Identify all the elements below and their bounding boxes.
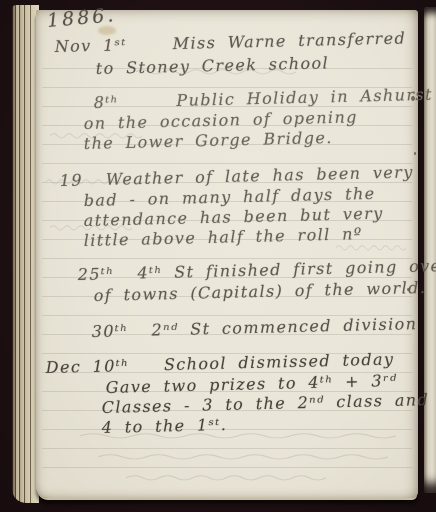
entry-dec10-line-4: 4 to the 1ˢᵗ. xyxy=(102,415,228,438)
bleed-through-squiggle xyxy=(126,472,326,482)
journal-page: 1886. Nov 1ˢᵗ Miss Warne transferred to … xyxy=(36,10,418,498)
page-edge-stack xyxy=(12,5,39,503)
ink-speck xyxy=(414,152,416,155)
adjacent-page-edge xyxy=(424,7,436,493)
notebook-photo: 1886. Nov 1ˢᵗ Miss Warne transferred to … xyxy=(0,0,436,512)
bleed-through-squiggle xyxy=(98,451,388,461)
